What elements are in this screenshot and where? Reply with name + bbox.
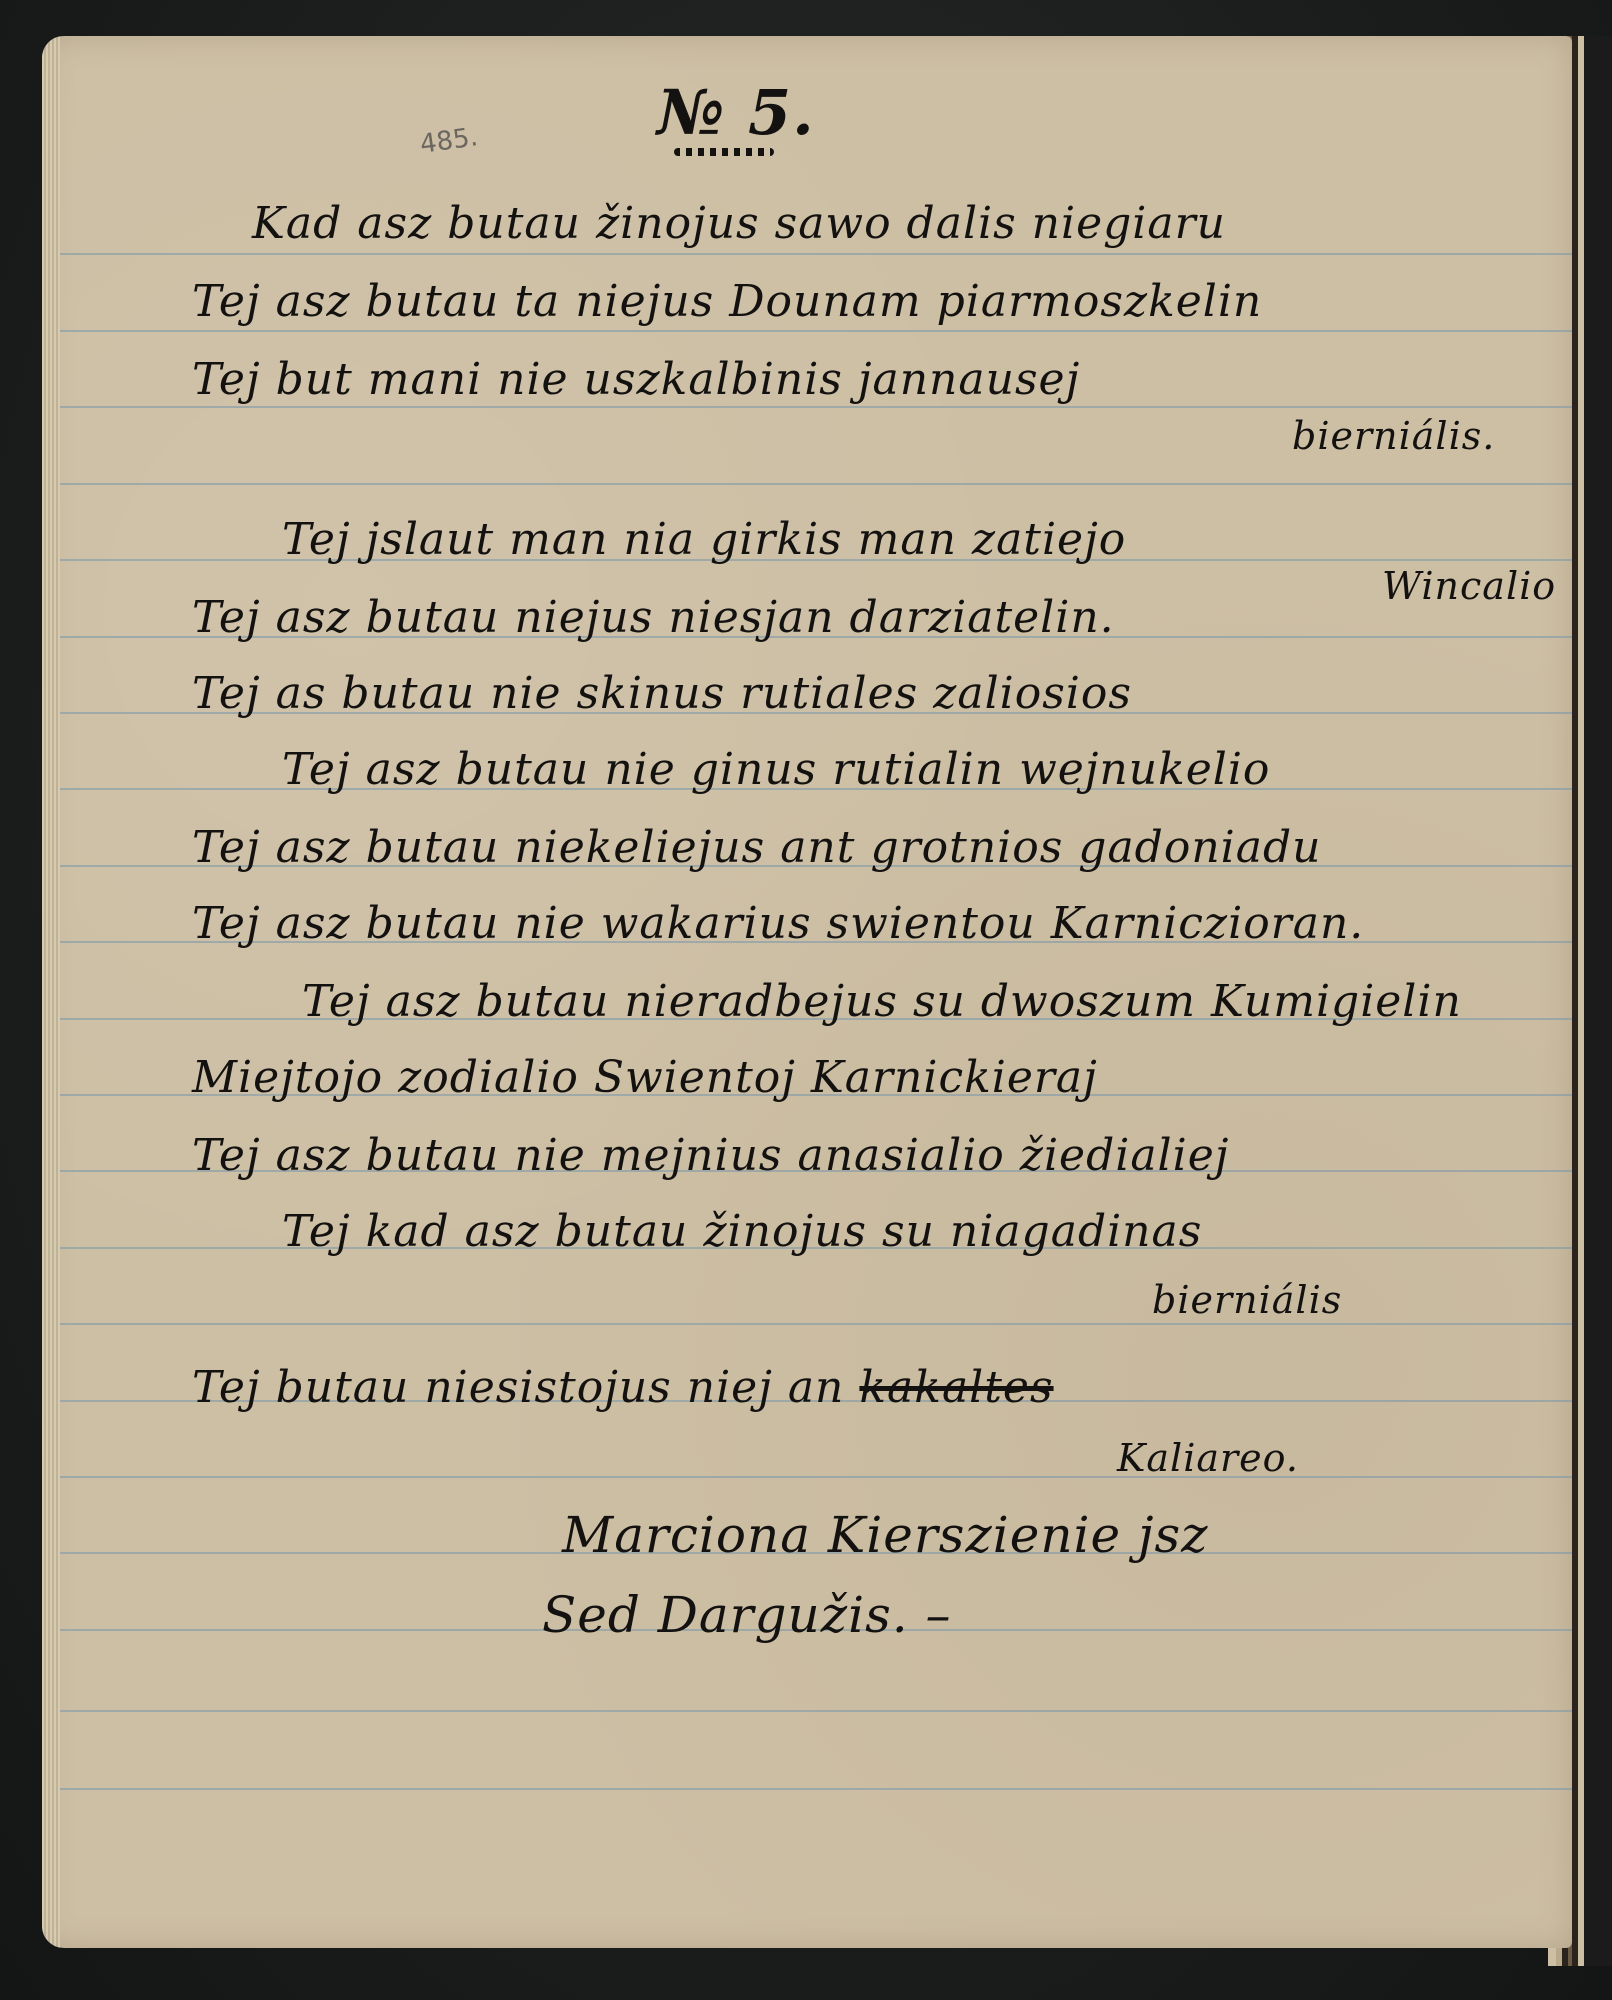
verse-line: Tej asz butau niejus niesjan darziatelin… [192,592,1115,643]
verse-insertion: Wincalio [1382,564,1556,608]
struck-out-word: kakaltes [859,1362,1053,1413]
ruled-line [60,483,1572,485]
verse-line: Kad asz butau žinojus sawo dalis niegiar… [252,198,1226,249]
song-number-heading: № 5. [657,76,815,149]
verse-line: Tej jslaut man nia girkis man zatiejo [282,514,1126,565]
ruled-line [60,1788,1572,1790]
notebook-page: 485. № 5. Kad asz butau žinojus sawo dal… [42,36,1572,1948]
verse-line: Tej asz butau nie ginus rutialin wejnuke… [282,744,1270,795]
heading-underline [674,148,774,156]
verse-line: Tej asz butau niekeliejus ant grotnios g… [192,822,1321,873]
page-stack-edge [42,36,60,1948]
verse-line: Tej but mani nie uszkalbinis jannausej [192,354,1080,405]
informant-location: Sed Dargužis. – [542,1586,952,1644]
verse-line: Tej asz butau nieradbejus su dwoszum Kum… [302,976,1462,1027]
verse-line: Tej asz butau ta niejus Dounam piarmoszk… [192,276,1262,327]
verse-line: Miejtojo zodialio Swientoj Karnickieraj [192,1052,1098,1103]
verse-line-continuation: Kaliareo. [1117,1436,1299,1480]
verse-line: Tej kad asz butau žinojus su niagadinas [282,1206,1202,1257]
ruled-line [60,406,1572,408]
verse-line: Tej asz butau nie wakarius swientou Karn… [192,898,1364,949]
ruled-line [60,253,1572,255]
ruled-line [60,1323,1572,1325]
ruled-line [60,1710,1572,1712]
verse-line-continuation: bierniális [1152,1278,1342,1322]
verse-line: Tej asz butau nie mejnius anasialio žied… [192,1130,1229,1181]
verse-line-continuation: bierniális. [1292,414,1495,458]
ruled-line [60,330,1572,332]
verse-line: Tej butau niesistojus niej an kakaltes [192,1362,1054,1413]
verse-line: Tej as butau nie skinus rutiales zaliosi… [192,668,1132,719]
ruled-line [60,1476,1572,1478]
verse-text: Tej butau niesistojus niej an [192,1362,844,1413]
informant-signature: Marciona Kierszienie jsz [562,1506,1209,1564]
folio-number: 485. [418,122,480,160]
